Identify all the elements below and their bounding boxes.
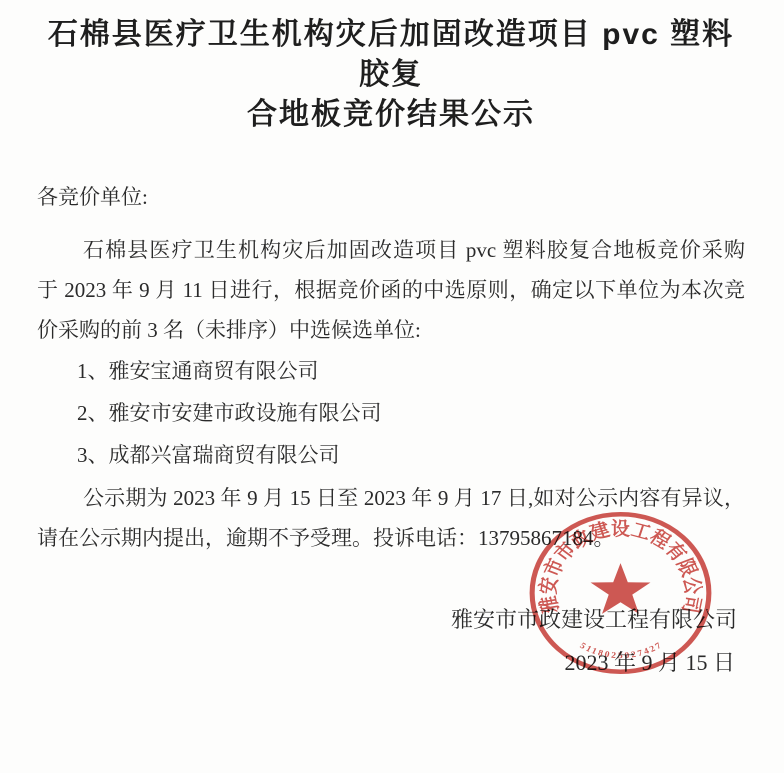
winner-item-1: 1、雅安宝通商贸有限公司 [37,350,745,392]
document-title-line-2: 合地板竞价结果公示 [37,95,745,135]
salutation: 各竞价单位: [37,177,745,217]
paragraph-bid-result: 石棉县医疗卫生机构灾后加固改造项目 pvc 塑料胶复合地板竞价采购 于 2023… [37,230,745,350]
paragraph-line: 公示期为 2023 年 9 月 15 日至 2023 年 9 月 17 日,如对… [37,478,745,518]
winner-list: 1、雅安宝通商贸有限公司 2、雅安市安建市政设施有限公司 3、成都兴富瑞商贸有限… [37,350,745,476]
winner-item-3: 3、成都兴富瑞商贸有限公司 [37,434,745,476]
paragraph-line: 价采购的前 3 名（未排序）中选候选单位: [37,310,745,350]
scanned-document-page: 石棉县医疗卫生机构灾后加固改造项目 pvc 塑料胶复 合地板竞价结果公示 各竞价… [0,0,784,773]
winner-item-2: 2、雅安市安建市政设施有限公司 [37,392,745,434]
document-title-line-1: 石棉县医疗卫生机构灾后加固改造项目 pvc 塑料胶复 [37,15,745,95]
signature-company: 雅安市市政建设工程有限公司 [37,600,745,640]
document-content: 石棉县医疗卫生机构灾后加固改造项目 pvc 塑料胶复 合地板竞价结果公示 各竞价… [37,0,745,683]
signature-date: 2023 年 9 月 15 日 [37,643,745,683]
document-title: 石棉县医疗卫生机构灾后加固改造项目 pvc 塑料胶复 合地板竞价结果公示 [37,15,745,135]
paragraph-line: 于 2023 年 9 月 11 日进行，根据竞价函的中选原则，确定以下单位为本次… [37,270,745,310]
paragraph-line: 请在公示期内提出，逾期不予受理。投诉电话：13795867184。 [37,518,745,558]
paragraph-line: 石棉县医疗卫生机构灾后加固改造项目 pvc 塑料胶复合地板竞价采购 [37,230,745,270]
paragraph-publicity-period: 公示期为 2023 年 9 月 15 日至 2023 年 9 月 17 日,如对… [37,478,745,558]
